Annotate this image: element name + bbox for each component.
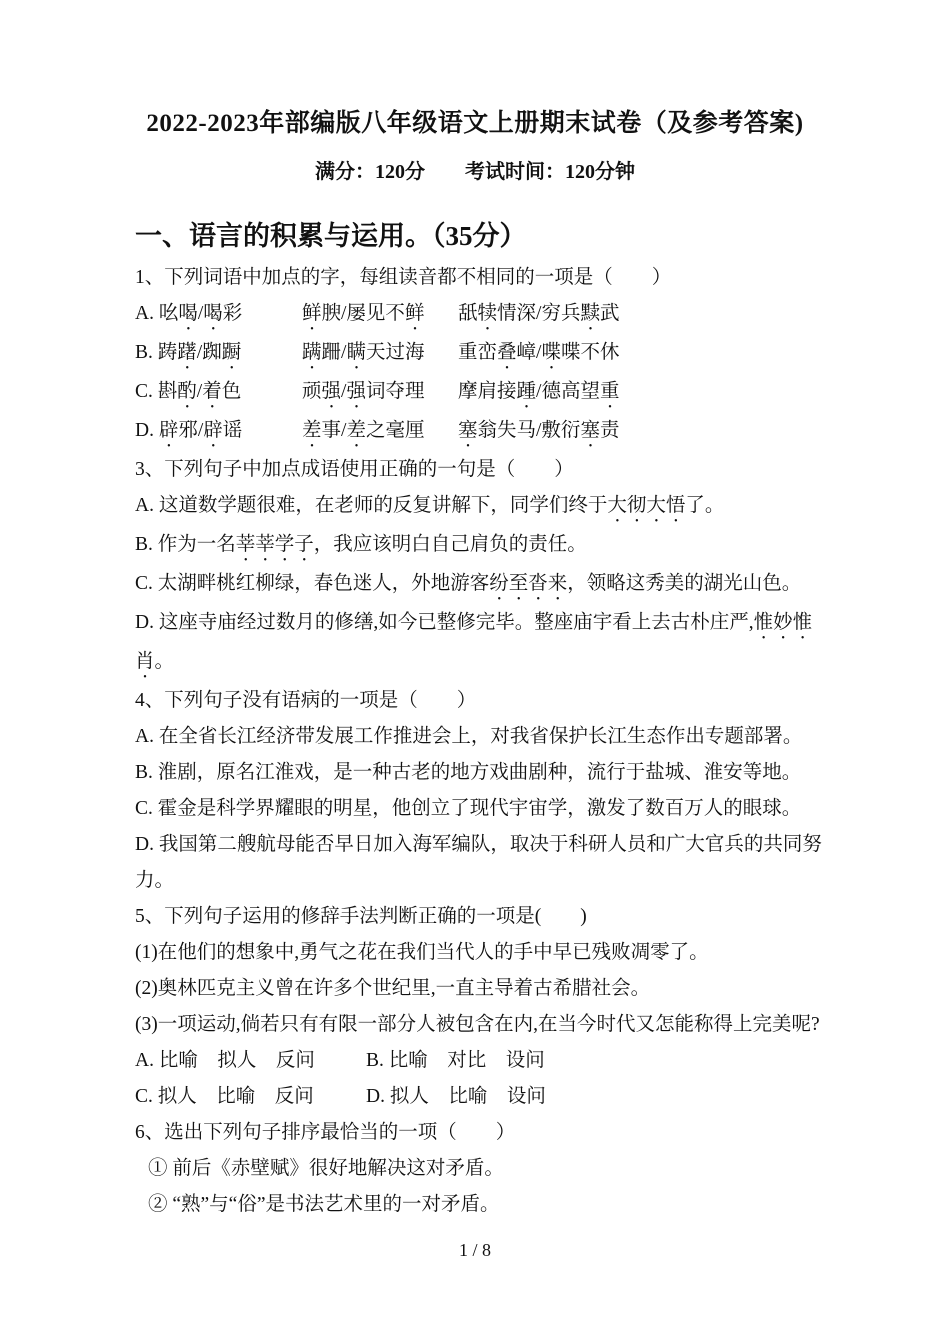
q1-option-d: D. 辟邪/辟谣 差事/差之毫厘 塞翁失马/敷衍塞责 bbox=[135, 413, 822, 452]
question-5: 5、下列句子运用的修辞手法判断正确的一项是( ) (1)在他们的想象中,勇气之花… bbox=[135, 899, 822, 1115]
page-title: 2022-2023年部编版八年级语文上册期末试卷（及参考答案) bbox=[0, 104, 950, 144]
question-4: 4、下列句子没有语病的一项是（ ） A. 在全省长江经济带发展工作推进会上，对我… bbox=[135, 683, 822, 899]
question-1-stem: 1、下列词语中加点的字，每组读音都不相同的一项是（ ） bbox=[135, 260, 822, 296]
exam-page: 2022-2023年部编版八年级语文上册期末试卷（及参考答案) 满分：120分 … bbox=[0, 0, 950, 1344]
q1-option-b-group-1: B. 踌躇/踟蹰 bbox=[135, 335, 302, 374]
q3-option-d: D. 这座寺庙经过数月的修缮,如今已整修完毕。整座庙宇看上去古朴庄严,惟妙惟肖。 bbox=[135, 605, 822, 683]
q1-option-a-group-3: 舐犊情深/穷兵黩武 bbox=[458, 296, 822, 335]
question-3: 3、下列句子中加点成语使用正确的一句是（ ） A. 这道数学题很难，在老师的反复… bbox=[135, 452, 822, 683]
page-number: 1 / 8 bbox=[459, 1240, 491, 1260]
q4-option-a: A. 在全省长江经济带发展工作推进会上，对我省保护长江生态作出专题部署。 bbox=[135, 719, 822, 755]
question-4-stem: 4、下列句子没有语病的一项是（ ） bbox=[135, 683, 822, 719]
exam-header: 2022-2023年部编版八年级语文上册期末试卷（及参考答案) 满分：120分 … bbox=[0, 104, 950, 186]
question-5-stem: 5、下列句子运用的修辞手法判断正确的一项是( ) bbox=[135, 899, 822, 935]
q5-option-c: C. 拟人 比喻 反问 bbox=[135, 1079, 366, 1115]
q4-option-d: D. 我国第二艘航母能否早日加入海军编队，取决于科研人员和广大官兵的共同努力。 bbox=[135, 827, 822, 899]
q1-option-d-group-3: 塞翁失马/敷衍塞责 bbox=[458, 413, 822, 452]
q5-option-row-2: C. 拟人 比喻 反问 D. 拟人 比喻 设问 bbox=[135, 1079, 822, 1115]
question-3-stem: 3、下列句子中加点成语使用正确的一句是（ ） bbox=[135, 452, 822, 488]
q1-option-c-group-3: 摩肩接踵/德高望重 bbox=[458, 374, 822, 413]
q1-option-c: C. 斟酌/着色 顽强/强词夺理 摩肩接踵/德高望重 bbox=[135, 374, 822, 413]
q4-option-b: B. 淮剧，原名江淮戏，是一种古老的地方戏曲剧种，流行于盐城、淮安等地。 bbox=[135, 755, 822, 791]
q3-option-c: C. 太湖畔桃红柳绿，春色迷人，外地游客纷至沓来，领略这秀美的湖光山色。 bbox=[135, 566, 822, 605]
q3-option-b: B. 作为一名莘莘学子，我应该明白自己肩负的责任。 bbox=[135, 527, 822, 566]
q1-option-a-group-1: A. 吆喝/喝彩 bbox=[135, 296, 302, 335]
q1-option-c-group-2: 顽强/强词夺理 bbox=[302, 374, 458, 413]
q4-option-c: C. 霍金是科学界耀眼的明星，他创立了现代宇宙学，激发了数百万人的眼球。 bbox=[135, 791, 822, 827]
page-footer: 1 / 8 bbox=[0, 1238, 950, 1262]
exam-body: 1、下列词语中加点的字，每组读音都不相同的一项是（ ） A. 吆喝/喝彩 鲜腴/… bbox=[135, 260, 822, 1223]
q1-option-d-group-1: D. 辟邪/辟谣 bbox=[135, 413, 302, 452]
q6-sentence-1: ① 前后《赤壁赋》很好地解决这对矛盾。 bbox=[135, 1151, 822, 1187]
question-6: 6、选出下列句子排序最恰当的一项（ ） ① 前后《赤壁赋》很好地解决这对矛盾。 … bbox=[135, 1115, 822, 1223]
section-one-heading: 一、语言的积累与运用。（35分） bbox=[135, 216, 822, 256]
q6-sentence-2: ② “熟”与“俗”是书法艺术里的一对矛盾。 bbox=[135, 1187, 822, 1223]
q1-option-b: B. 踌躇/踟蹰 蹒跚/瞒天过海 重峦叠嶂/喋喋不休 bbox=[135, 335, 822, 374]
q5-option-d: D. 拟人 比喻 设问 bbox=[366, 1079, 822, 1115]
q5-option-b: B. 比喻 对比 设问 bbox=[366, 1043, 822, 1079]
q5-sentence-3: (3)一项运动,倘若只有有限一部分人被包含在内,在当今时代又怎能称得上完美呢? bbox=[135, 1007, 822, 1043]
q1-option-c-group-1: C. 斟酌/着色 bbox=[135, 374, 302, 413]
q5-sentence-2: (2)奥林匹克主义曾在许多个世纪里,一直主导着古希腊社会。 bbox=[135, 971, 822, 1007]
q1-option-b-group-2: 蹒跚/瞒天过海 bbox=[302, 335, 458, 374]
question-1: 1、下列词语中加点的字，每组读音都不相同的一项是（ ） A. 吆喝/喝彩 鲜腴/… bbox=[135, 260, 822, 452]
q1-option-b-group-3: 重峦叠嶂/喋喋不休 bbox=[458, 335, 822, 374]
exam-meta: 满分：120分 考试时间：120分钟 bbox=[0, 158, 950, 186]
q1-option-a-group-2: 鲜腴/屡见不鲜 bbox=[302, 296, 458, 335]
q5-sentence-1: (1)在他们的想象中,勇气之花在我们当代人的手中早已残败凋零了。 bbox=[135, 935, 822, 971]
question-6-stem: 6、选出下列句子排序最恰当的一项（ ） bbox=[135, 1115, 822, 1151]
q3-option-a: A. 这道数学题很难，在老师的反复讲解下，同学们终于大彻大悟了。 bbox=[135, 488, 822, 527]
q5-option-a: A. 比喻 拟人 反问 bbox=[135, 1043, 366, 1079]
q1-option-a: A. 吆喝/喝彩 鲜腴/屡见不鲜 舐犊情深/穷兵黩武 bbox=[135, 296, 822, 335]
q1-option-d-group-2: 差事/差之毫厘 bbox=[302, 413, 458, 452]
q5-option-row-1: A. 比喻 拟人 反问 B. 比喻 对比 设问 bbox=[135, 1043, 822, 1079]
